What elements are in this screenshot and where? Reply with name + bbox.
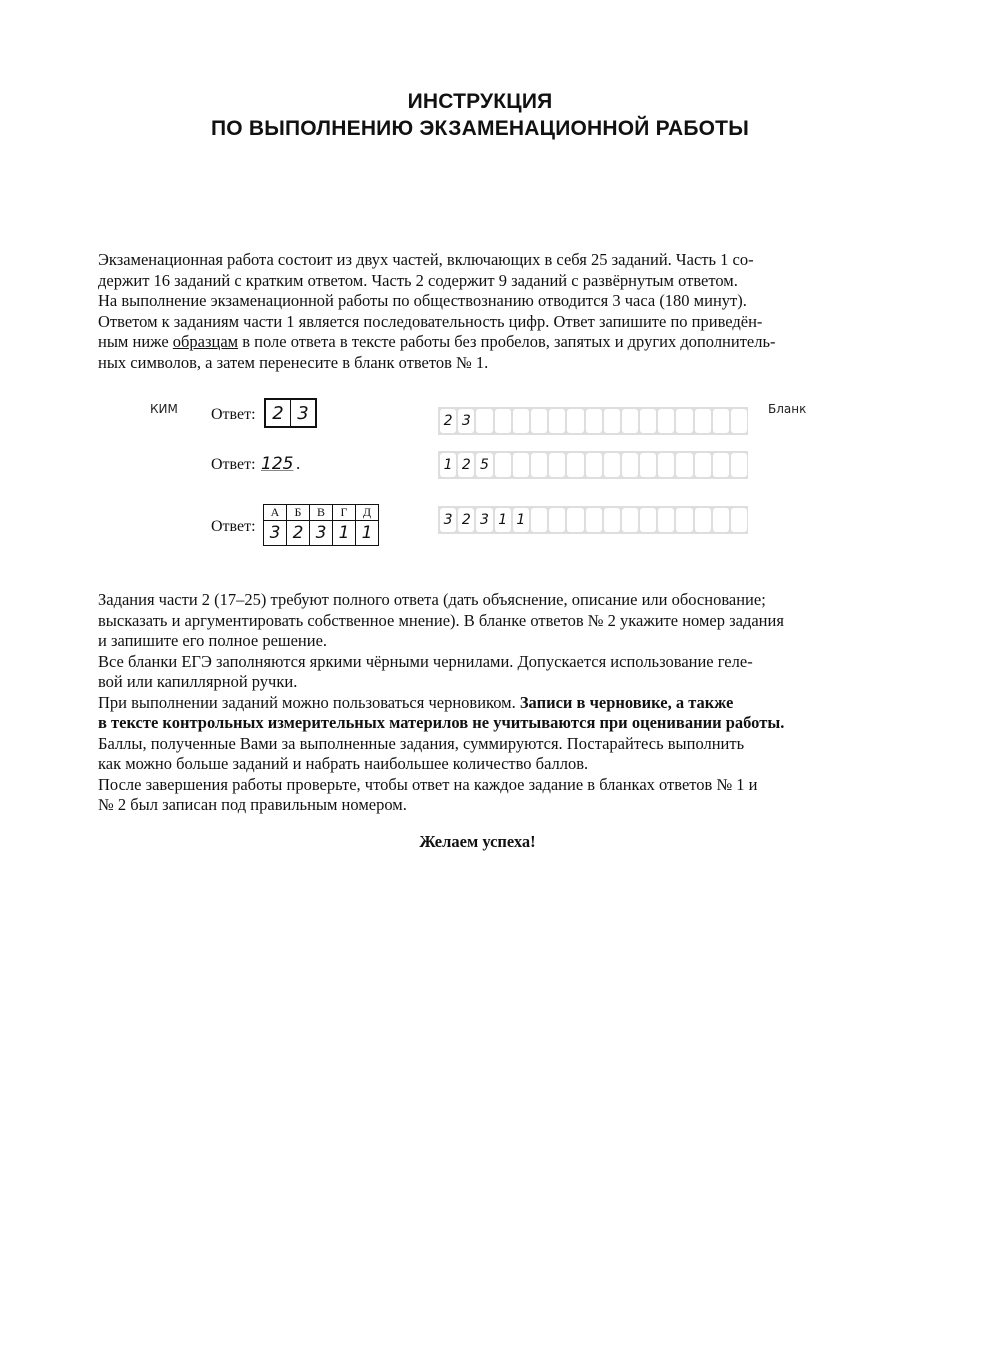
blank-cell (604, 508, 620, 532)
intro-section: Экзаменационная работа состоит из двух ч… (98, 250, 886, 373)
closing-wish: Желаем успеха! (0, 832, 955, 852)
answer-label-2: Ответ: (211, 456, 256, 474)
blank-cell (713, 508, 729, 532)
part2-p5-line1: После завершения работы проверьте, чтобы… (98, 775, 886, 796)
blank-cell: 2 (458, 508, 474, 532)
blank-cell (586, 453, 602, 477)
part2-p1-line3: и запишите его полное решение. (98, 631, 886, 652)
sample3-answer-table: А Б В Г Д 3 2 3 1 1 (263, 504, 379, 546)
blank-cell (658, 453, 674, 477)
blank-cell (695, 453, 711, 477)
sample3-cell: 1 (333, 521, 356, 546)
blank-cell (567, 409, 583, 433)
blank-cell (549, 453, 565, 477)
sample3-header: В (310, 505, 333, 521)
sample1-cell: 3 (291, 400, 315, 426)
blank-cell: 2 (458, 453, 474, 477)
blank-cell (531, 409, 547, 433)
intro-p3-line2: ным ниже образцам в поле ответа в тексте… (98, 332, 886, 353)
blank-cell (731, 453, 747, 477)
blank-cell (476, 409, 492, 433)
blank-cell (622, 453, 638, 477)
blank-cell (513, 409, 529, 433)
blank-cell (531, 508, 547, 532)
part2-p1-line2: высказать и аргументировать собственное … (98, 611, 886, 632)
part2-p4-line2: как можно больше заданий и набрать наибо… (98, 754, 886, 775)
part2-p3-line1: При выполнении заданий можно пользоватьс… (98, 693, 886, 714)
blank-cell (731, 508, 747, 532)
blank-cell (567, 508, 583, 532)
blank-cell (676, 453, 692, 477)
sample3-header: Г (333, 505, 356, 521)
blank-cell (713, 453, 729, 477)
sample3-header: Б (287, 505, 310, 521)
part2-p3-line2: в тексте контрольных измерительных матер… (98, 713, 886, 734)
intro-p1-line2: держит 16 заданий с кратким ответом. Час… (98, 271, 886, 292)
part2-p2-line2: вой или капиллярной ручки. (98, 672, 886, 693)
blank-cell (549, 409, 565, 433)
answer-label-1: Ответ: (211, 406, 256, 424)
samples-link[interactable]: образцам (173, 332, 238, 351)
sample2-period: . (296, 454, 300, 474)
blank-cell: 3 (440, 508, 456, 532)
intro-p3-line3: ных символов, а затем перенесите в бланк… (98, 353, 886, 374)
blank-cell (567, 453, 583, 477)
blank-cell: 1 (495, 508, 511, 532)
blank-row-3: 32311 (438, 506, 748, 534)
intro-p1-line1: Экзаменационная работа состоит из двух ч… (98, 250, 754, 269)
sample3-cell: 3 (264, 521, 287, 546)
blank-cell (495, 409, 511, 433)
blank-cell (658, 508, 674, 532)
sample3-cell: 1 (356, 521, 379, 546)
sample3-cell: 2 (287, 521, 310, 546)
part2-p5-line2: № 2 был записан под правильным номером. (98, 795, 886, 816)
sample3-header: А (264, 505, 287, 521)
blank-cell (676, 409, 692, 433)
blank-cell: 5 (476, 453, 492, 477)
blank-cell: 2 (440, 409, 456, 433)
blank-cell (713, 409, 729, 433)
part2-section: Задания части 2 (17–25) требуют полного … (98, 590, 886, 816)
blank-cell (640, 508, 656, 532)
blank-cell (640, 453, 656, 477)
answer-label-3: Ответ: (211, 518, 256, 536)
blank-cell (622, 508, 638, 532)
blank-cell: 3 (476, 508, 492, 532)
sample1-cell: 2 (266, 400, 291, 426)
blank-cell (695, 508, 711, 532)
part2-p2-line1: Все бланки ЕГЭ заполняются яркими чёрным… (98, 652, 886, 673)
sample1-answer-boxes: 2 3 (264, 398, 317, 428)
sample2-answer: 125 (261, 454, 293, 474)
sample3-cell: 3 (310, 521, 333, 546)
blank-cell: 1 (513, 508, 529, 532)
blank-cell: 3 (458, 409, 474, 433)
page-title: ИНСТРУКЦИЯ ПО ВЫПОЛНЕНИЮ ЭКЗАМЕНАЦИОННОЙ… (0, 88, 960, 142)
intro-p2: На выполнение экзаменационной работы по … (98, 291, 886, 312)
blank-cell (531, 453, 547, 477)
blank-cell (731, 409, 747, 433)
blank-cell (640, 409, 656, 433)
blank-cell (658, 409, 674, 433)
title-line-1: ИНСТРУКЦИЯ (0, 88, 960, 115)
blank-label: Бланк (768, 402, 806, 416)
blank-cell (695, 409, 711, 433)
intro-p3-line1: Ответом к заданиям части 1 является посл… (98, 312, 886, 333)
blank-cell (604, 409, 620, 433)
blank-cell (513, 453, 529, 477)
sample3-header: Д (356, 505, 379, 521)
blank-cell (586, 508, 602, 532)
blank-cell (676, 508, 692, 532)
title-line-2: ПО ВЫПОЛНЕНИЮ ЭКЗАМЕНАЦИОННОЙ РАБОТЫ (0, 115, 960, 142)
blank-row-2: 125 (438, 451, 748, 479)
blank-cell (622, 409, 638, 433)
blank-cell: 1 (440, 453, 456, 477)
kim-label: КИМ (150, 402, 178, 416)
part2-p1-line1: Задания части 2 (17–25) требуют полного … (98, 590, 886, 611)
blank-cell (549, 508, 565, 532)
blank-row-1: 23 (438, 407, 748, 435)
blank-cell (586, 409, 602, 433)
part2-p4-line1: Баллы, полученные Вами за выполненные за… (98, 734, 886, 755)
blank-cell (495, 453, 511, 477)
blank-cell (604, 453, 620, 477)
